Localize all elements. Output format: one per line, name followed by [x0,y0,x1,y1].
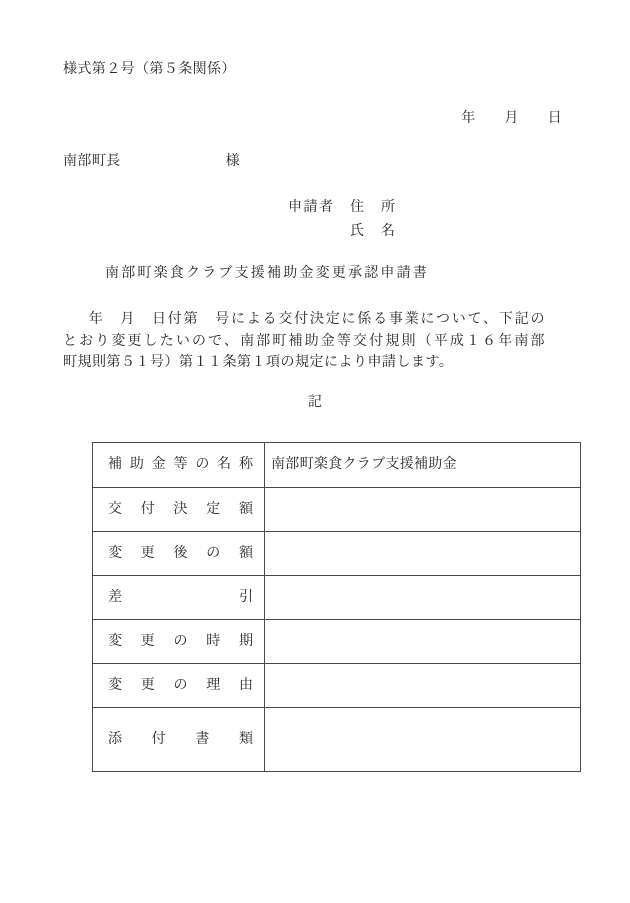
body-paragraph: 年 月 日付第 号による交付決定に係る事業について、下記の とおり変更したいので… [63,309,545,374]
table-row: 変更の時期 [93,620,581,664]
row-label-difference: 差引 [93,576,265,620]
row-label-subsidy-name: 補助金等の名称 [93,443,265,488]
table-row: 変更後の額 [93,532,581,576]
date-line: 年 月 日 [461,110,562,128]
table-row: 補助金等の名称 南部町楽食クラブ支援補助金 [93,443,581,488]
row-value-reason-for-change [265,664,581,708]
applicant-block: 申請者 住 所 氏 名 [288,196,397,244]
form-number-line: 様式第２号（第５条関係） [63,61,236,79]
row-value-difference [265,576,581,620]
row-label-grant-decision-amount: 交付決定額 [93,488,265,532]
form-table-container: 補助金等の名称 南部町楽食クラブ支援補助金 交付決定額 変更後の額 差引 変更の… [92,442,581,772]
row-label-reason-for-change: 変更の理由 [93,664,265,708]
ki-marker: 記 [0,394,630,412]
body-line-3: 町規則第５１号）第１１条第１項の規定により申請します。 [63,352,545,374]
body-line-1: 年 月 日付第 号による交付決定に係る事業について、下記の [63,309,545,331]
document-title: 南部町楽食クラブ支援補助金変更承認申請書 [105,265,429,283]
recipient-line: 南部町長様 [63,153,240,171]
row-label-attached-documents: 添付書類 [93,708,265,772]
table-row: 添付書類 [93,708,581,772]
applicant-name-line: 氏 名 [350,220,397,244]
row-value-grant-decision-amount [265,488,581,532]
applicant-address-line: 申請者 住 所 [288,196,397,220]
form-table: 補助金等の名称 南部町楽食クラブ支援補助金 交付決定額 変更後の額 差引 変更の… [92,442,581,772]
table-row: 変更の理由 [93,664,581,708]
row-value-attached-documents [265,708,581,772]
row-value-time-of-change [265,620,581,664]
table-row: 差引 [93,576,581,620]
body-line-2: とおり変更したいので、南部町補助金等交付規則（平成１６年南部 [63,331,545,353]
row-value-amount-after-change [265,532,581,576]
document-page: 様式第２号（第５条関係） 年 月 日 南部町長様 申請者 住 所 氏 名 南部町… [0,0,630,903]
recipient-honorific: 様 [226,154,240,169]
row-label-time-of-change: 変更の時期 [93,620,265,664]
row-label-amount-after-change: 変更後の額 [93,532,265,576]
recipient-name: 南部町長 [63,154,121,169]
table-row: 交付決定額 [93,488,581,532]
row-value-subsidy-name: 南部町楽食クラブ支援補助金 [265,443,581,488]
